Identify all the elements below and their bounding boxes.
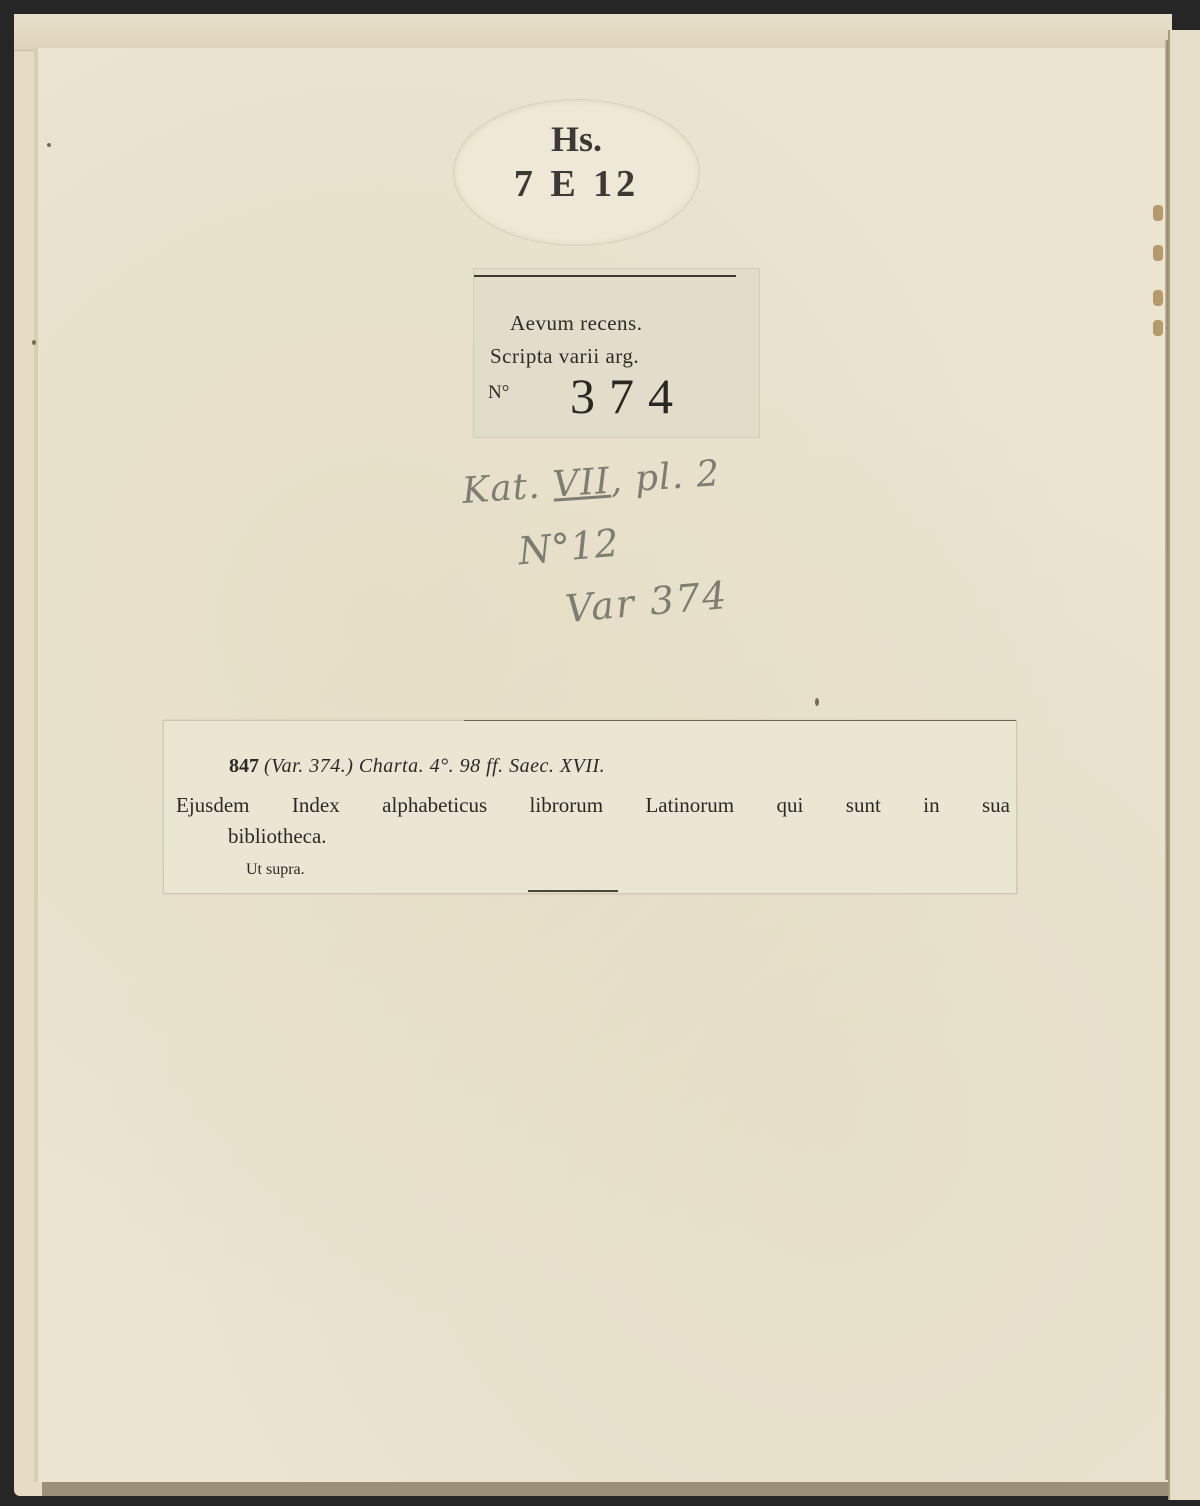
sewing-hole — [1153, 290, 1163, 306]
pencil-kat: Kat. — [461, 466, 542, 512]
catalogue-number-prefix: N° — [488, 382, 509, 404]
facing-leaf-edge — [1168, 30, 1200, 1500]
sewing-hole — [1153, 205, 1163, 221]
label-top-rule — [464, 720, 1016, 721]
shelfmark-label: Hs. 7 E 12 — [453, 99, 700, 246]
catalogue-number: 374 — [570, 367, 687, 425]
pencil-note-number: N°12 — [516, 521, 620, 574]
entry-description-line1: Ejusdem Index alphabeticus librorum Lati… — [176, 793, 1010, 818]
catalogue-label: Aevum recens. Scripta varii arg. N° 374 — [473, 268, 760, 438]
pencil-plate: , pl. 2 — [609, 453, 722, 502]
ink-spot — [815, 698, 819, 706]
gutter-fold — [1165, 40, 1168, 1480]
catalogue-entry-label: 847 (Var. 374.) Charta. 4°. 98 ff. Saec.… — [163, 720, 1017, 894]
entry-number: 847 — [229, 755, 259, 777]
entry-heading-text: (Var. 374.) Charta. 4°. 98 ff. Saec. XVI… — [264, 755, 605, 777]
entry-heading: 847 (Var. 374.) Charta. 4°. 98 ff. Saec.… — [229, 755, 605, 778]
sewing-hole — [1153, 320, 1163, 336]
foxing-spot — [32, 340, 36, 345]
foxing-spot — [47, 143, 51, 147]
bottom-edge-shadow — [42, 1482, 1172, 1496]
catalogue-category: Scripta varii arg. — [490, 344, 639, 369]
pencil-roman: VII — [551, 461, 611, 506]
catalogue-period: Aevum recens. — [510, 311, 642, 336]
entry-description-line2: bibliotheca. — [228, 824, 327, 849]
entry-note: Ut supra. — [246, 861, 305, 879]
shelfmark-line1: Hs. — [454, 118, 699, 160]
sewing-hole — [1153, 245, 1163, 261]
separator-rule — [528, 890, 618, 892]
label-rule — [474, 275, 736, 277]
top-turn-in — [14, 14, 1172, 51]
shelfmark-line2: 7 E 12 — [454, 162, 699, 206]
